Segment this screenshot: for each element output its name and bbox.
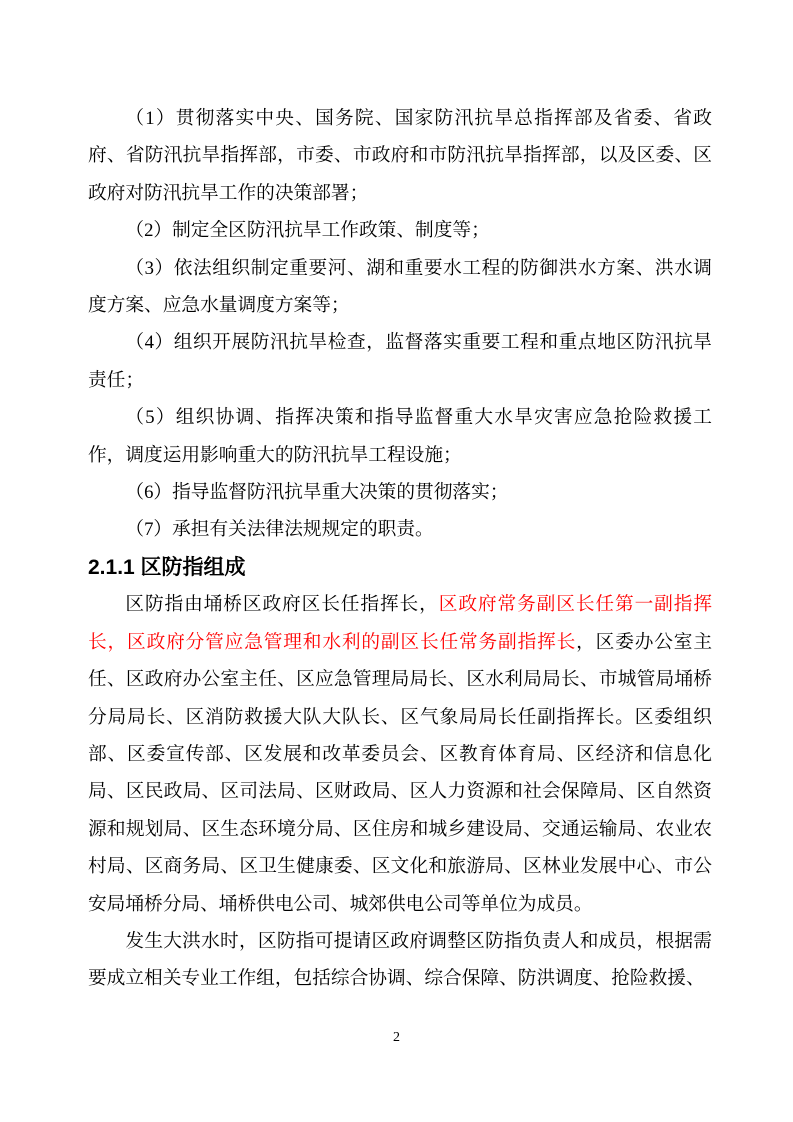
text-run: 区防指由埇桥区政府区长任指挥长， xyxy=(125,594,438,615)
duty-item-7: （7）承担有关法律法规规定的职责。 xyxy=(88,511,712,548)
duty-item-3: （3）依法组织制定重要河、湖和重要水工程的防御洪水方案、洪水调度方案、应急水量调… xyxy=(88,250,712,325)
duty-item-4: （4）组织开展防汛抗旱检查，监督落实重要工程和重点地区防汛抗旱责任； xyxy=(88,324,712,399)
duty-item-6: （6）指导监督防汛抗旱重大决策的贯彻落实； xyxy=(88,474,712,511)
composition-paragraph: 区防指由埇桥区政府区长任指挥长，区政府常务副区长任第一副指挥长，区政府分管应急管… xyxy=(88,586,712,923)
duty-item-5: （5）组织协调、指挥决策和指导监督重大水旱灾害应急抢险救援工作，调度运用影响重大… xyxy=(88,399,712,474)
document-body: （1）贯彻落实中央、国务院、国家防汛抗旱总指挥部及省委、省政府、省防汛抗旱指挥部… xyxy=(88,100,712,998)
flood-adjustment-paragraph: 发生大洪水时，区防指可提请区政府调整区防指负责人和成员，根据需要成立相关专业工作… xyxy=(88,923,712,998)
duty-item-2: （2）制定全区防汛抗旱工作政策、制度等； xyxy=(88,212,712,249)
page-number: 2 xyxy=(0,1028,793,1048)
section-heading: 2.1.1 区防指组成 xyxy=(88,549,712,586)
text-run: ，区委办公室主任、区政府办公室主任、区应急管理局局长、区水利局局长、市城管局埇桥… xyxy=(88,632,712,915)
document-page: （1）贯彻落实中央、国务院、国家防汛抗旱总指挥部及省委、省政府、省防汛抗旱指挥部… xyxy=(0,0,793,1122)
duty-item-1: （1）贯彻落实中央、国务院、国家防汛抗旱总指挥部及省委、省政府、省防汛抗旱指挥部… xyxy=(88,100,712,212)
